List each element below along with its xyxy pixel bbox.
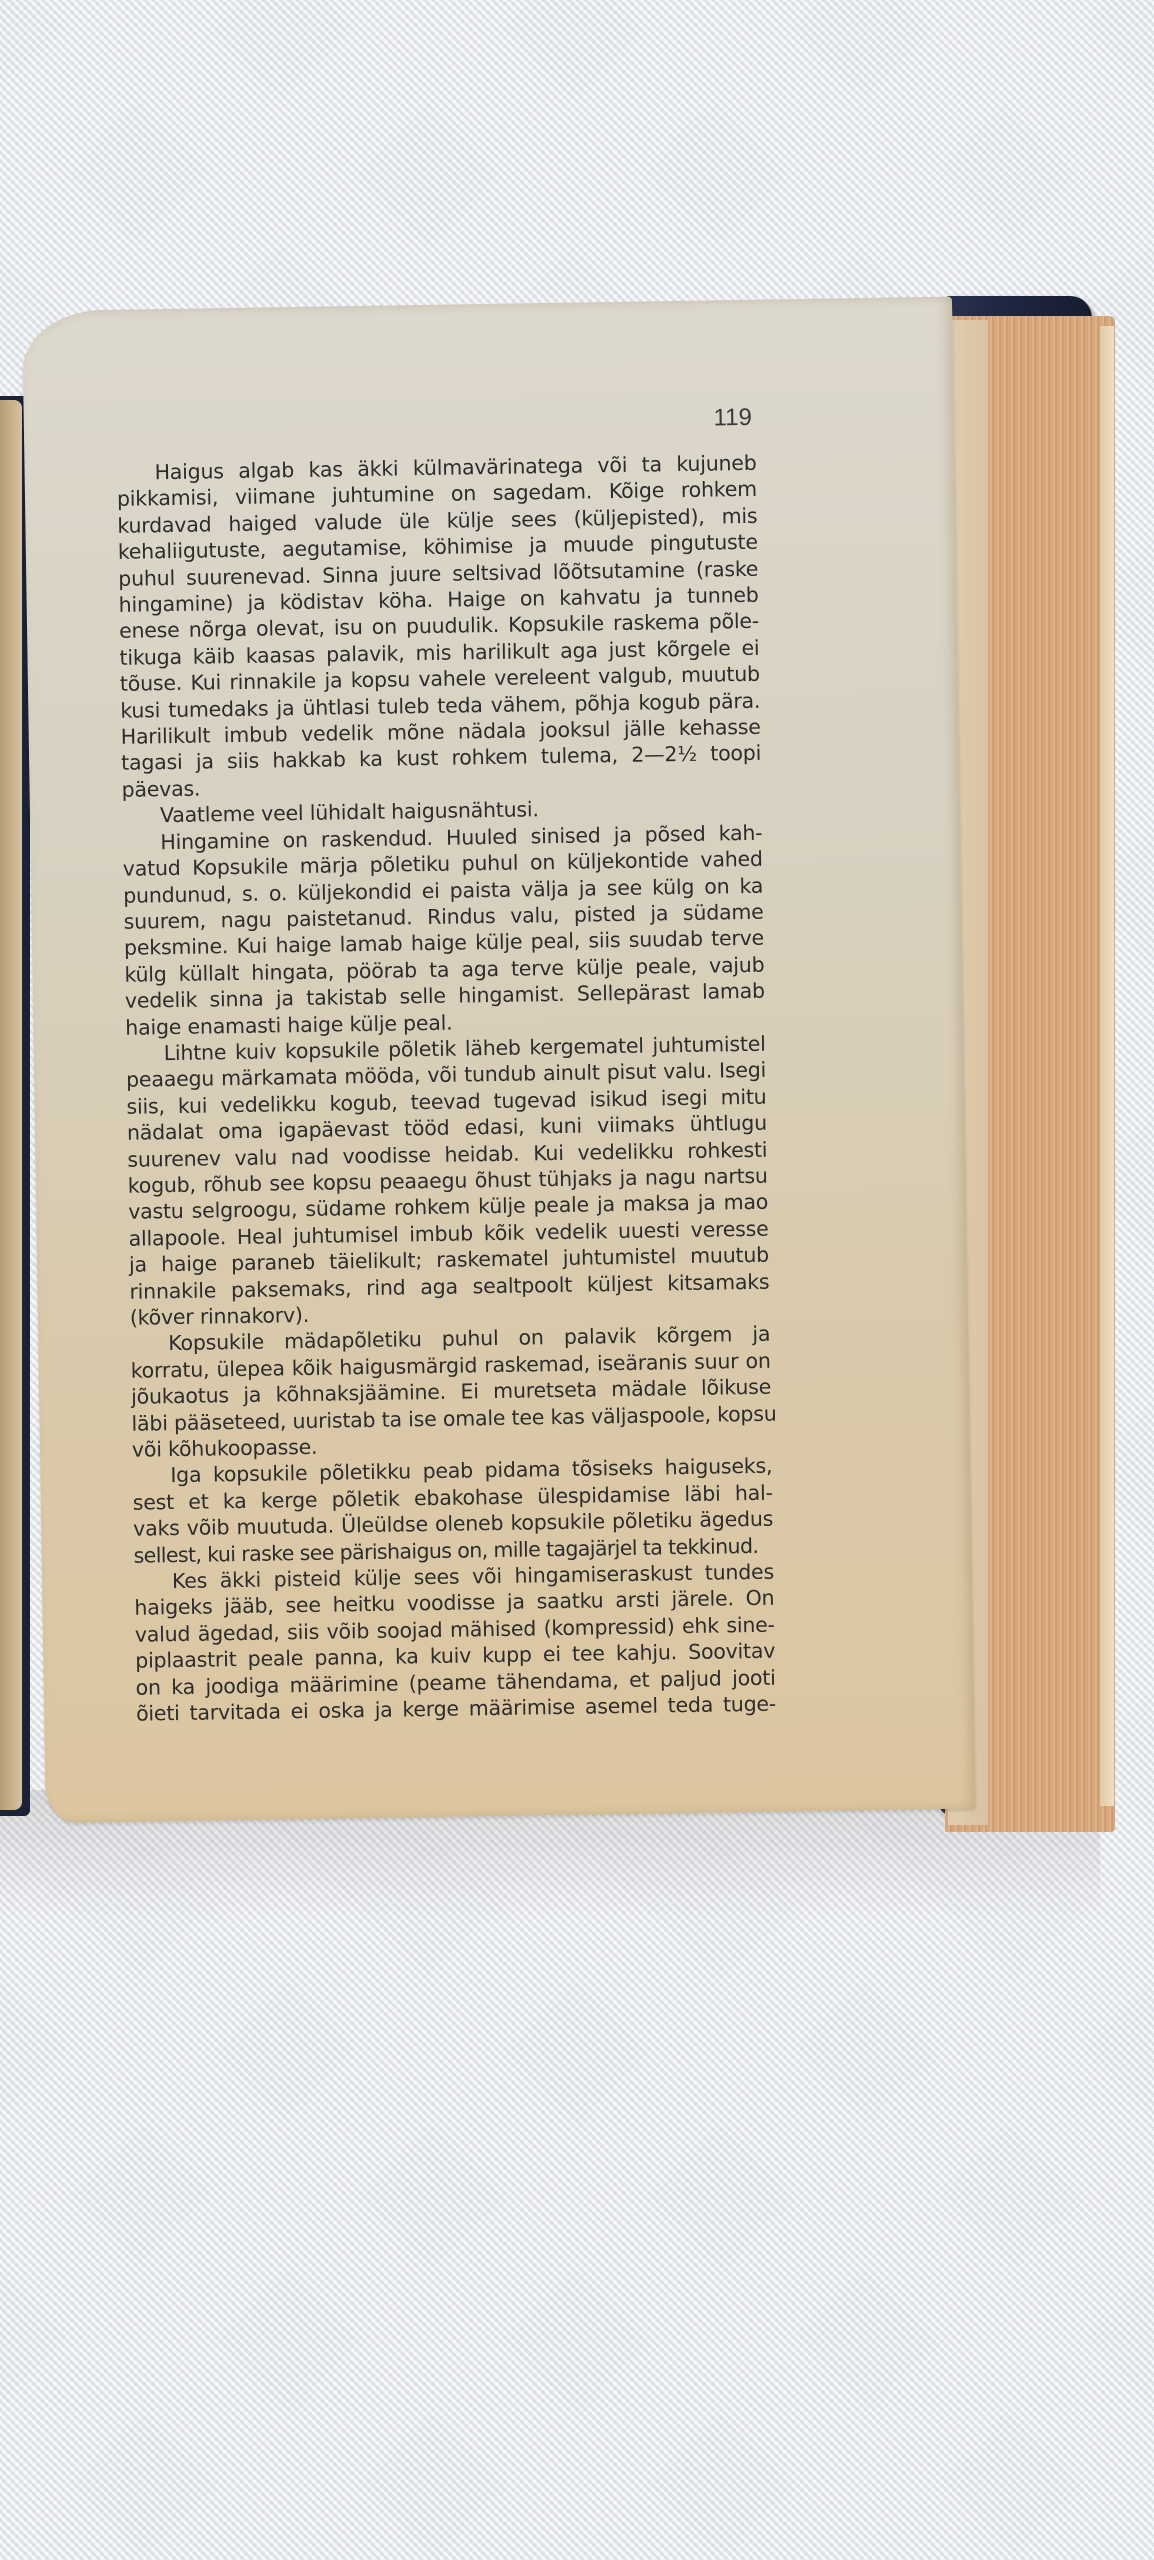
paragraph: Kopsukile mädapõletiku puhul on palavik … — [130, 1321, 772, 1463]
paragraph: Kes äkki pisteid külje sees või hingamis… — [134, 1559, 776, 1727]
paragraph: Lihtne kuiv kopsukile põletik läheb kerg… — [126, 1031, 770, 1331]
page-stack-outer — [1100, 326, 1114, 1806]
photo-scene: 119 Haigus algab kas äkki külmavärinateg… — [0, 0, 1154, 2560]
page-number: 119 — [713, 404, 752, 433]
paragraph: Iga kopsukile põletikku peab pidama tõsi… — [132, 1453, 774, 1569]
paragraph: Hingamine on raskendud. Huuled sinised j… — [122, 819, 765, 1040]
book-page: 119 Haigus algab kas äkki külmavärinateg… — [22, 297, 976, 1823]
paragraph: Haigus algab kas äkki külmavärinatega võ… — [116, 450, 761, 803]
left-page-edge — [0, 400, 22, 1810]
page-text: Haigus algab kas äkki külmavärinatega võ… — [116, 450, 776, 1727]
